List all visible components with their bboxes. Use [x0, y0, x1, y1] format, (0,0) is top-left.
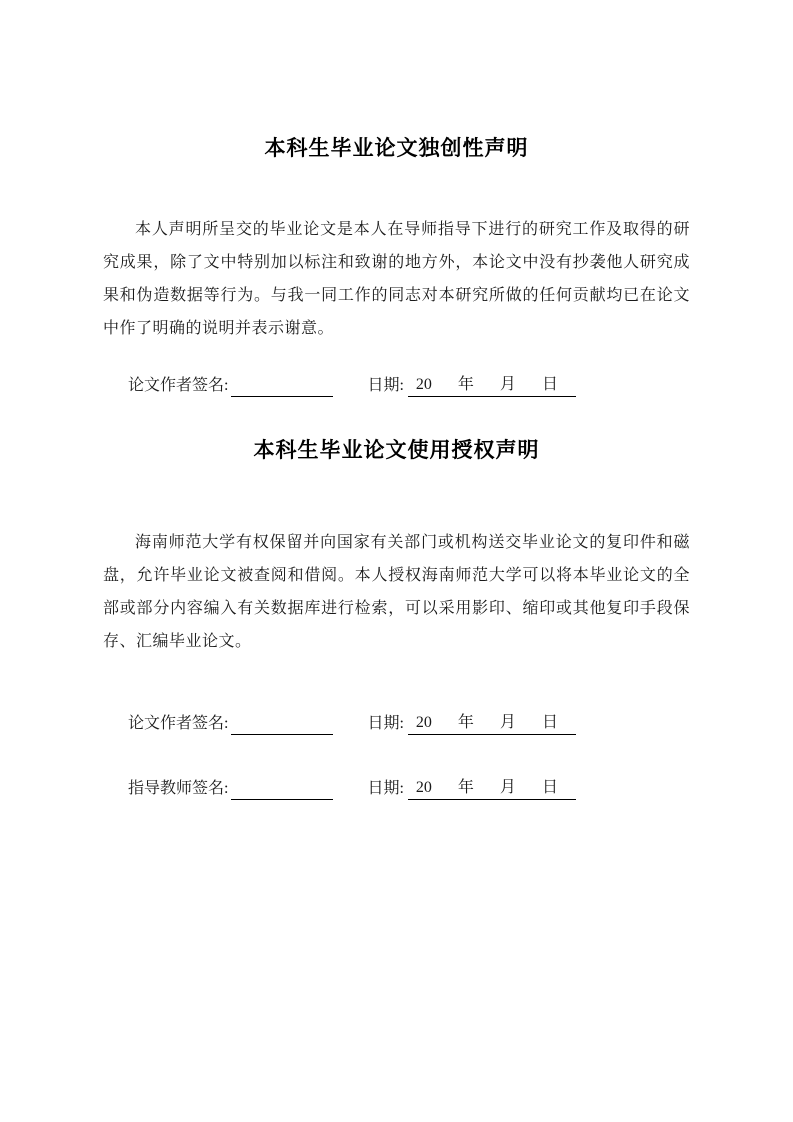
- year-prefix: 20: [416, 374, 432, 396]
- year-label: 年: [458, 712, 474, 734]
- day-label: 日: [542, 712, 558, 734]
- date-blank-line: 20 年 月 日: [408, 712, 576, 735]
- year-label: 年: [458, 777, 474, 799]
- date-blank-line: 20 年 月 日: [408, 777, 576, 800]
- month-label: 月: [500, 374, 516, 396]
- author-signature-row-2: 论文作者签名: 日期: 20 年 月 日: [128, 712, 576, 735]
- year-label: 年: [458, 374, 474, 396]
- day-label: 日: [542, 777, 558, 799]
- date-blank-line: 20 年 月 日: [408, 374, 576, 397]
- originality-declaration-title: 本科生毕业论文独创性声明: [0, 134, 793, 162]
- author-signature-label: 论文作者签名:: [128, 713, 228, 735]
- date-label: 日期:: [367, 375, 403, 397]
- author-signature-row-1: 论文作者签名: 日期: 20 年 月 日: [128, 374, 576, 397]
- advisor-signature-label: 指导教师签名:: [128, 778, 228, 800]
- date-label: 日期:: [367, 778, 403, 800]
- authorization-declaration-paragraph: 海南师范大学有权保留并向国家有关部门或机构送交毕业论文的复印件和磁盘，允许毕业论…: [103, 526, 690, 658]
- authorization-declaration-title: 本科生毕业论文使用授权声明: [0, 436, 793, 464]
- date-label: 日期:: [367, 713, 403, 735]
- day-label: 日: [542, 374, 558, 396]
- advisor-signature-row: 指导教师签名: 日期: 20 年 月 日: [128, 777, 576, 800]
- signature-blank-line: [231, 375, 333, 397]
- originality-declaration-paragraph: 本人声明所呈交的毕业论文是本人在导师指导下进行的研究工作及取得的研究成果，除了文…: [103, 213, 690, 345]
- year-prefix: 20: [416, 777, 432, 799]
- signature-blank-line: [231, 713, 333, 735]
- signature-blank-line: [231, 778, 333, 800]
- year-prefix: 20: [416, 712, 432, 734]
- month-label: 月: [500, 712, 516, 734]
- month-label: 月: [500, 777, 516, 799]
- author-signature-label: 论文作者签名:: [128, 375, 228, 397]
- document-page: 本科生毕业论文独创性声明 本人声明所呈交的毕业论文是本人在导师指导下进行的研究工…: [0, 0, 793, 1122]
